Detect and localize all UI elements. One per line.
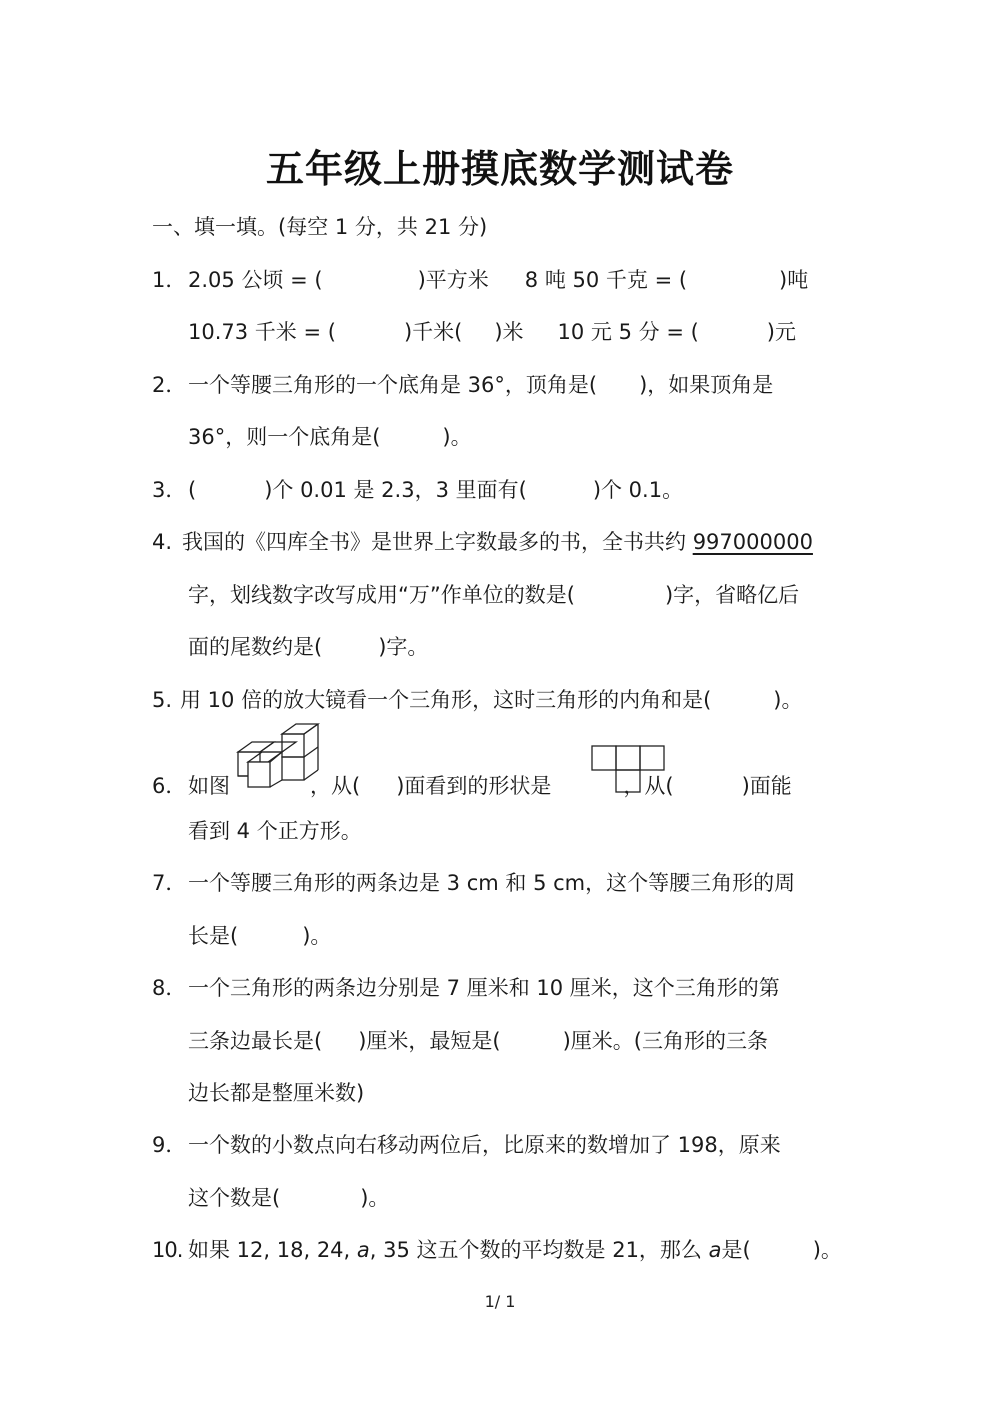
question-text: 这个数是( xyxy=(188,1186,280,1210)
question-text: )吨 xyxy=(779,268,808,292)
question-text: , 35 这五个数的平均数是 21，那么 xyxy=(370,1238,709,1262)
question-text: 一个三角形的两条边分别是 7 厘米和 10 厘米，这个三角形的第 xyxy=(188,976,780,1000)
question-text: )元 xyxy=(767,320,796,344)
question-text: )。 xyxy=(360,1186,389,1210)
question-text: 边长都是整厘米数) xyxy=(188,1081,364,1105)
question-text: )千米( xyxy=(404,320,462,344)
question-text: )面看到的形状是 xyxy=(396,774,551,798)
t-shape-view-figure xyxy=(590,744,666,796)
question-text: )个 0.01 是 2.3，3 里面有( xyxy=(264,478,527,502)
question-text: 我国的《四库全书》是世界上字数最多的书，全书共约 xyxy=(182,530,693,554)
question-text: )个 0.1。 xyxy=(593,478,683,502)
question-number: 3． xyxy=(152,476,188,504)
page-title: 五年级上册摸底数学测试卷 xyxy=(0,138,1000,193)
question-text: 长是( xyxy=(188,924,238,948)
question-text: )厘米。(三角形的三条 xyxy=(563,1029,768,1053)
question-3-line-1: 3．()个 0.01 是 2.3，3 里面有()个 0.1。 xyxy=(152,476,683,504)
question-4-line-1: 4.我国的《四库全书》是世界上字数最多的书，全书共约 997000000 xyxy=(152,528,813,556)
question-9-line-1: 9．一个数的小数点向右移动两位后，比原来的数增加了 198，原来 xyxy=(152,1131,781,1159)
question-text: 36°，则一个底角是( xyxy=(188,425,380,449)
question-text: )字，省略亿后 xyxy=(665,583,799,607)
question-number: 9． xyxy=(152,1131,188,1159)
question-7-line-2: 长是()。 xyxy=(188,922,331,950)
question-8-line-2: 三条边最长是()厘米，最短是()厘米。(三角形的三条 xyxy=(188,1027,768,1055)
question-text: 一个等腰三角形的两条边是 3 cm 和 5 cm，这个等腰三角形的周 xyxy=(188,871,795,895)
page-number: 1/ 1 xyxy=(0,1292,1000,1311)
question-5-line-1: 5.用 10 倍的放大镜看一个三角形，这时三角形的内角和是()。 xyxy=(152,686,802,714)
question-number: 1． xyxy=(152,266,188,294)
question-number: 7． xyxy=(152,869,188,897)
question-text: 一个数的小数点向右移动两位后，比原来的数增加了 198，原来 xyxy=(188,1133,781,1157)
question-7-line-1: 7．一个等腰三角形的两条边是 3 cm 和 5 cm，这个等腰三角形的周 xyxy=(152,869,795,897)
question-text: )字。 xyxy=(378,635,428,659)
underlined-number: 997000000 xyxy=(693,530,813,554)
question-text: )。 xyxy=(773,688,802,712)
question-text: )。 xyxy=(442,425,471,449)
question-10-line-1: 10.如果 12, 18, 24, a, 35 这五个数的平均数是 21，那么 … xyxy=(152,1236,842,1264)
question-text: 是( xyxy=(721,1238,750,1262)
question-4-line-3: 面的尾数约是()字。 xyxy=(188,633,428,661)
question-6-line-2: 看到 4 个正方形。 xyxy=(188,817,362,845)
question-text: ( xyxy=(188,478,196,502)
question-1-line-1: 1．2.05 公顷 = ()平方米8 吨 50 千克 = ()吨 xyxy=(152,266,808,294)
question-number: 2． xyxy=(152,371,188,399)
question-4-line-2: 字，划线数字改写成用“万”作单位的数是()字，省略亿后 xyxy=(188,581,799,609)
question-text: )。 xyxy=(813,1238,842,1262)
question-8-line-3: 边长都是整厘米数) xyxy=(188,1079,364,1107)
question-text: )平方米 xyxy=(418,268,489,292)
question-text: )面能 xyxy=(742,774,792,798)
question-text: 10 元 5 分 = ( xyxy=(558,320,699,344)
section-heading: 一、填一填。(每空 1 分，共 21 分) xyxy=(152,213,487,241)
question-1-line-2: 10.73 千米 = ()千米()米10 元 5 分 = ()元 xyxy=(188,318,796,346)
question-text: )厘米，最短是( xyxy=(358,1029,500,1053)
question-text: 用 10 倍的放大镜看一个三角形，这时三角形的内角和是( xyxy=(180,688,711,712)
question-text: 一个等腰三角形的一个底角是 36°，顶角是( xyxy=(188,373,597,397)
variable-a: a xyxy=(709,1238,722,1262)
question-text: 看到 4 个正方形。 xyxy=(188,819,362,843)
question-text: 8 吨 50 千克 = ( xyxy=(525,268,687,292)
question-8-line-1: 8．一个三角形的两条边分别是 7 厘米和 10 厘米，这个三角形的第 xyxy=(152,974,780,1002)
question-number: 5. xyxy=(152,686,180,714)
question-text: 面的尾数约是( xyxy=(188,635,322,659)
question-text: )。 xyxy=(302,924,331,948)
question-text: )米 xyxy=(494,320,523,344)
question-9-line-2: 这个数是()。 xyxy=(188,1184,389,1212)
question-2-line-1: 2．一个等腰三角形的一个底角是 36°，顶角是()，如果顶角是 xyxy=(152,371,773,399)
question-text: 10.73 千米 = ( xyxy=(188,320,336,344)
variable-a: a xyxy=(357,1238,370,1262)
question-number: 6． xyxy=(152,772,188,800)
question-number: 8． xyxy=(152,974,188,1002)
question-text: )，如果顶角是 xyxy=(639,373,773,397)
cube-stack-figure xyxy=(234,723,322,793)
question-number: 10. xyxy=(152,1236,188,1264)
question-text: 如果 12, 18, 24, xyxy=(188,1238,357,1262)
question-text: 如图 xyxy=(188,774,230,798)
question-number: 4. xyxy=(152,528,182,556)
question-2-line-2: 36°，则一个底角是()。 xyxy=(188,423,472,451)
question-text: 2.05 公顷 = ( xyxy=(188,268,323,292)
question-text: 三条边最长是( xyxy=(188,1029,322,1053)
question-text: 字，划线数字改写成用“万”作单位的数是( xyxy=(188,583,575,607)
